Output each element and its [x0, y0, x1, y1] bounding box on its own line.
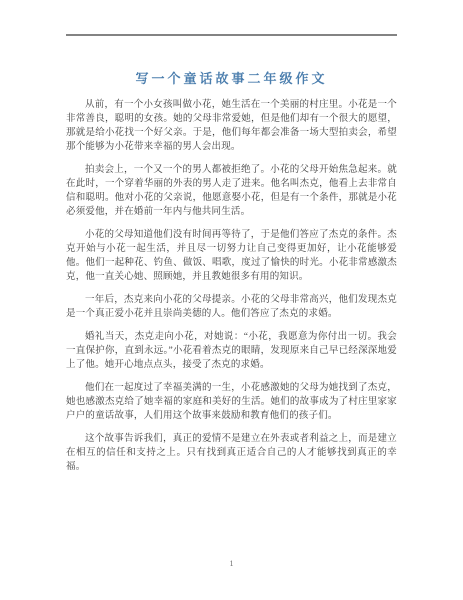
paragraph-2: 拍卖会上，一个又一个的男人都被拒绝了。小花的父母开始焦急起来。就在此时，一个穿着… [66, 163, 397, 219]
paragraph-3: 小花的父母知道他们没有时间再等待了，于是他们答应了杰克的条件。杰克开始与小花一起… [66, 228, 397, 284]
header-divider [66, 34, 397, 36]
paragraph-5: 婚礼当天，杰克走向小花，对她说：“小花，我愿意为你付出一切。我会一直保护你，直到… [66, 330, 397, 372]
paragraph-6: 他们在一起度过了幸福美满的一生，小花感激她的父母为她找到了杰克，她也感激杰克给了… [66, 381, 397, 423]
document-page: 写一个童话故事二年级作文 从前，有一个小女孩叫做小花，她生活在一个美丽的村庄里。… [0, 0, 463, 600]
paragraph-4: 一年后，杰克来向小花的父母提亲。小花的父母非常高兴，他们发现杰克是一个真正爱小花… [66, 293, 397, 321]
paragraph-7: 这个故事告诉我们，真正的爱情不是建立在外表或者利益之上，而是建立在相互的信任和支… [66, 432, 397, 474]
paragraph-1: 从前，有一个小女孩叫做小花，她生活在一个美丽的村庄里。小花是一个非常善良，聪明的… [66, 98, 397, 154]
page-title: 写一个童话故事二年级作文 [0, 68, 463, 87]
document-body: 从前，有一个小女孩叫做小花，她生活在一个美丽的村庄里。小花是一个非常善良，聪明的… [66, 98, 397, 483]
page-number: 1 [0, 559, 463, 568]
